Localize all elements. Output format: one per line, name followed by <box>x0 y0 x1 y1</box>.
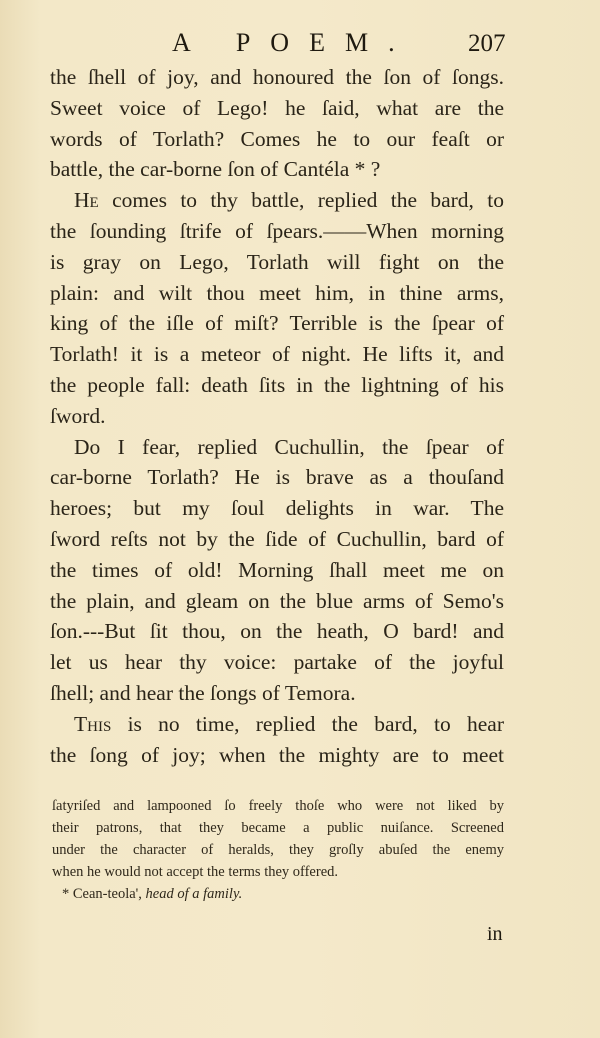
text-line: the times of old! Morning ſhall meet me … <box>50 555 504 586</box>
footnote-line: when he would not accept the terms they … <box>52 861 504 883</box>
text-line: ſhell; and hear the ſongs of Temora. <box>50 678 504 709</box>
text-fragment: is no time, replied the bard, to hear <box>128 712 504 736</box>
star-footnote: * Cean-teola', head of a family. <box>52 883 504 905</box>
text-line: let us hear thy voice: partake of the jo… <box>50 647 504 678</box>
text-line: king of the iſle of miſt? Terrible is th… <box>50 308 504 339</box>
footnote-line: under the character of heralds, they gro… <box>52 839 504 861</box>
text-line: the ſounding ſtrife of ſpears.——When mor… <box>50 216 504 247</box>
text-line: heroes; but my ſoul delights in war. The <box>50 493 504 524</box>
footnote-line: ſatyriſed and lampooned ſo freely thoſe … <box>52 795 504 817</box>
footnote-term: Cean-teola', <box>73 886 142 902</box>
text-line: is gray on Lego, Torlath will fight on t… <box>50 247 504 278</box>
smallcaps-opening: This <box>74 712 111 736</box>
footnote-gloss: head of a family. <box>146 886 243 902</box>
footnotes: ſatyriſed and lampooned ſo freely thoſe … <box>52 795 504 905</box>
running-title: A POEM. <box>172 28 415 58</box>
text-line: battle, the car-borne ſon of Cantéla * ? <box>50 154 504 185</box>
smallcaps-opening: He <box>74 188 99 212</box>
text-line: ſon.---But ſit thou, on the heath, O bar… <box>50 616 504 647</box>
paragraph-start: He comes to thy battle, replied the bard… <box>50 185 504 216</box>
footnote-line: their patrons, that they became a public… <box>52 817 504 839</box>
text-line: Sweet voice of Lego! he ſaid, what are t… <box>50 93 504 124</box>
page-number: 207 <box>468 30 506 58</box>
text-line: Torlath! it is a meteor of night. He lif… <box>50 339 504 370</box>
text-line: words of Torlath? Comes he to our feaſt … <box>50 124 504 155</box>
footnote-marker: * <box>62 886 69 902</box>
text-line: car-borne Torlath? He is brave as a thou… <box>50 462 504 493</box>
text-line: plain: and wilt thou meet him, in thine … <box>50 278 504 309</box>
text-fragment: comes to thy battle, replied the bard, t… <box>112 188 504 212</box>
text-line: the ſong of joy; when the mighty are to … <box>50 740 504 771</box>
page-header: A POEM. 207 <box>0 28 600 58</box>
main-text: the ſhell of joy, and honoured the ſon o… <box>50 62 504 770</box>
paragraph-start: This is no time, replied the bard, to he… <box>50 709 504 740</box>
text-line: the plain, and gleam on the blue arms of… <box>50 586 504 617</box>
text-line: ſword. <box>50 401 504 432</box>
text-line: ſword reſts not by the ſide of Cuchullin… <box>50 524 504 555</box>
catchword: in <box>487 923 503 946</box>
book-page: A POEM. 207 the ſhell of joy, and honour… <box>0 0 600 1038</box>
paragraph-start: Do I fear, replied Cuchullin, the ſpear … <box>50 432 504 463</box>
text-line: the ſhell of joy, and honoured the ſon o… <box>50 62 504 93</box>
text-line: the people fall: death ſits in the light… <box>50 370 504 401</box>
